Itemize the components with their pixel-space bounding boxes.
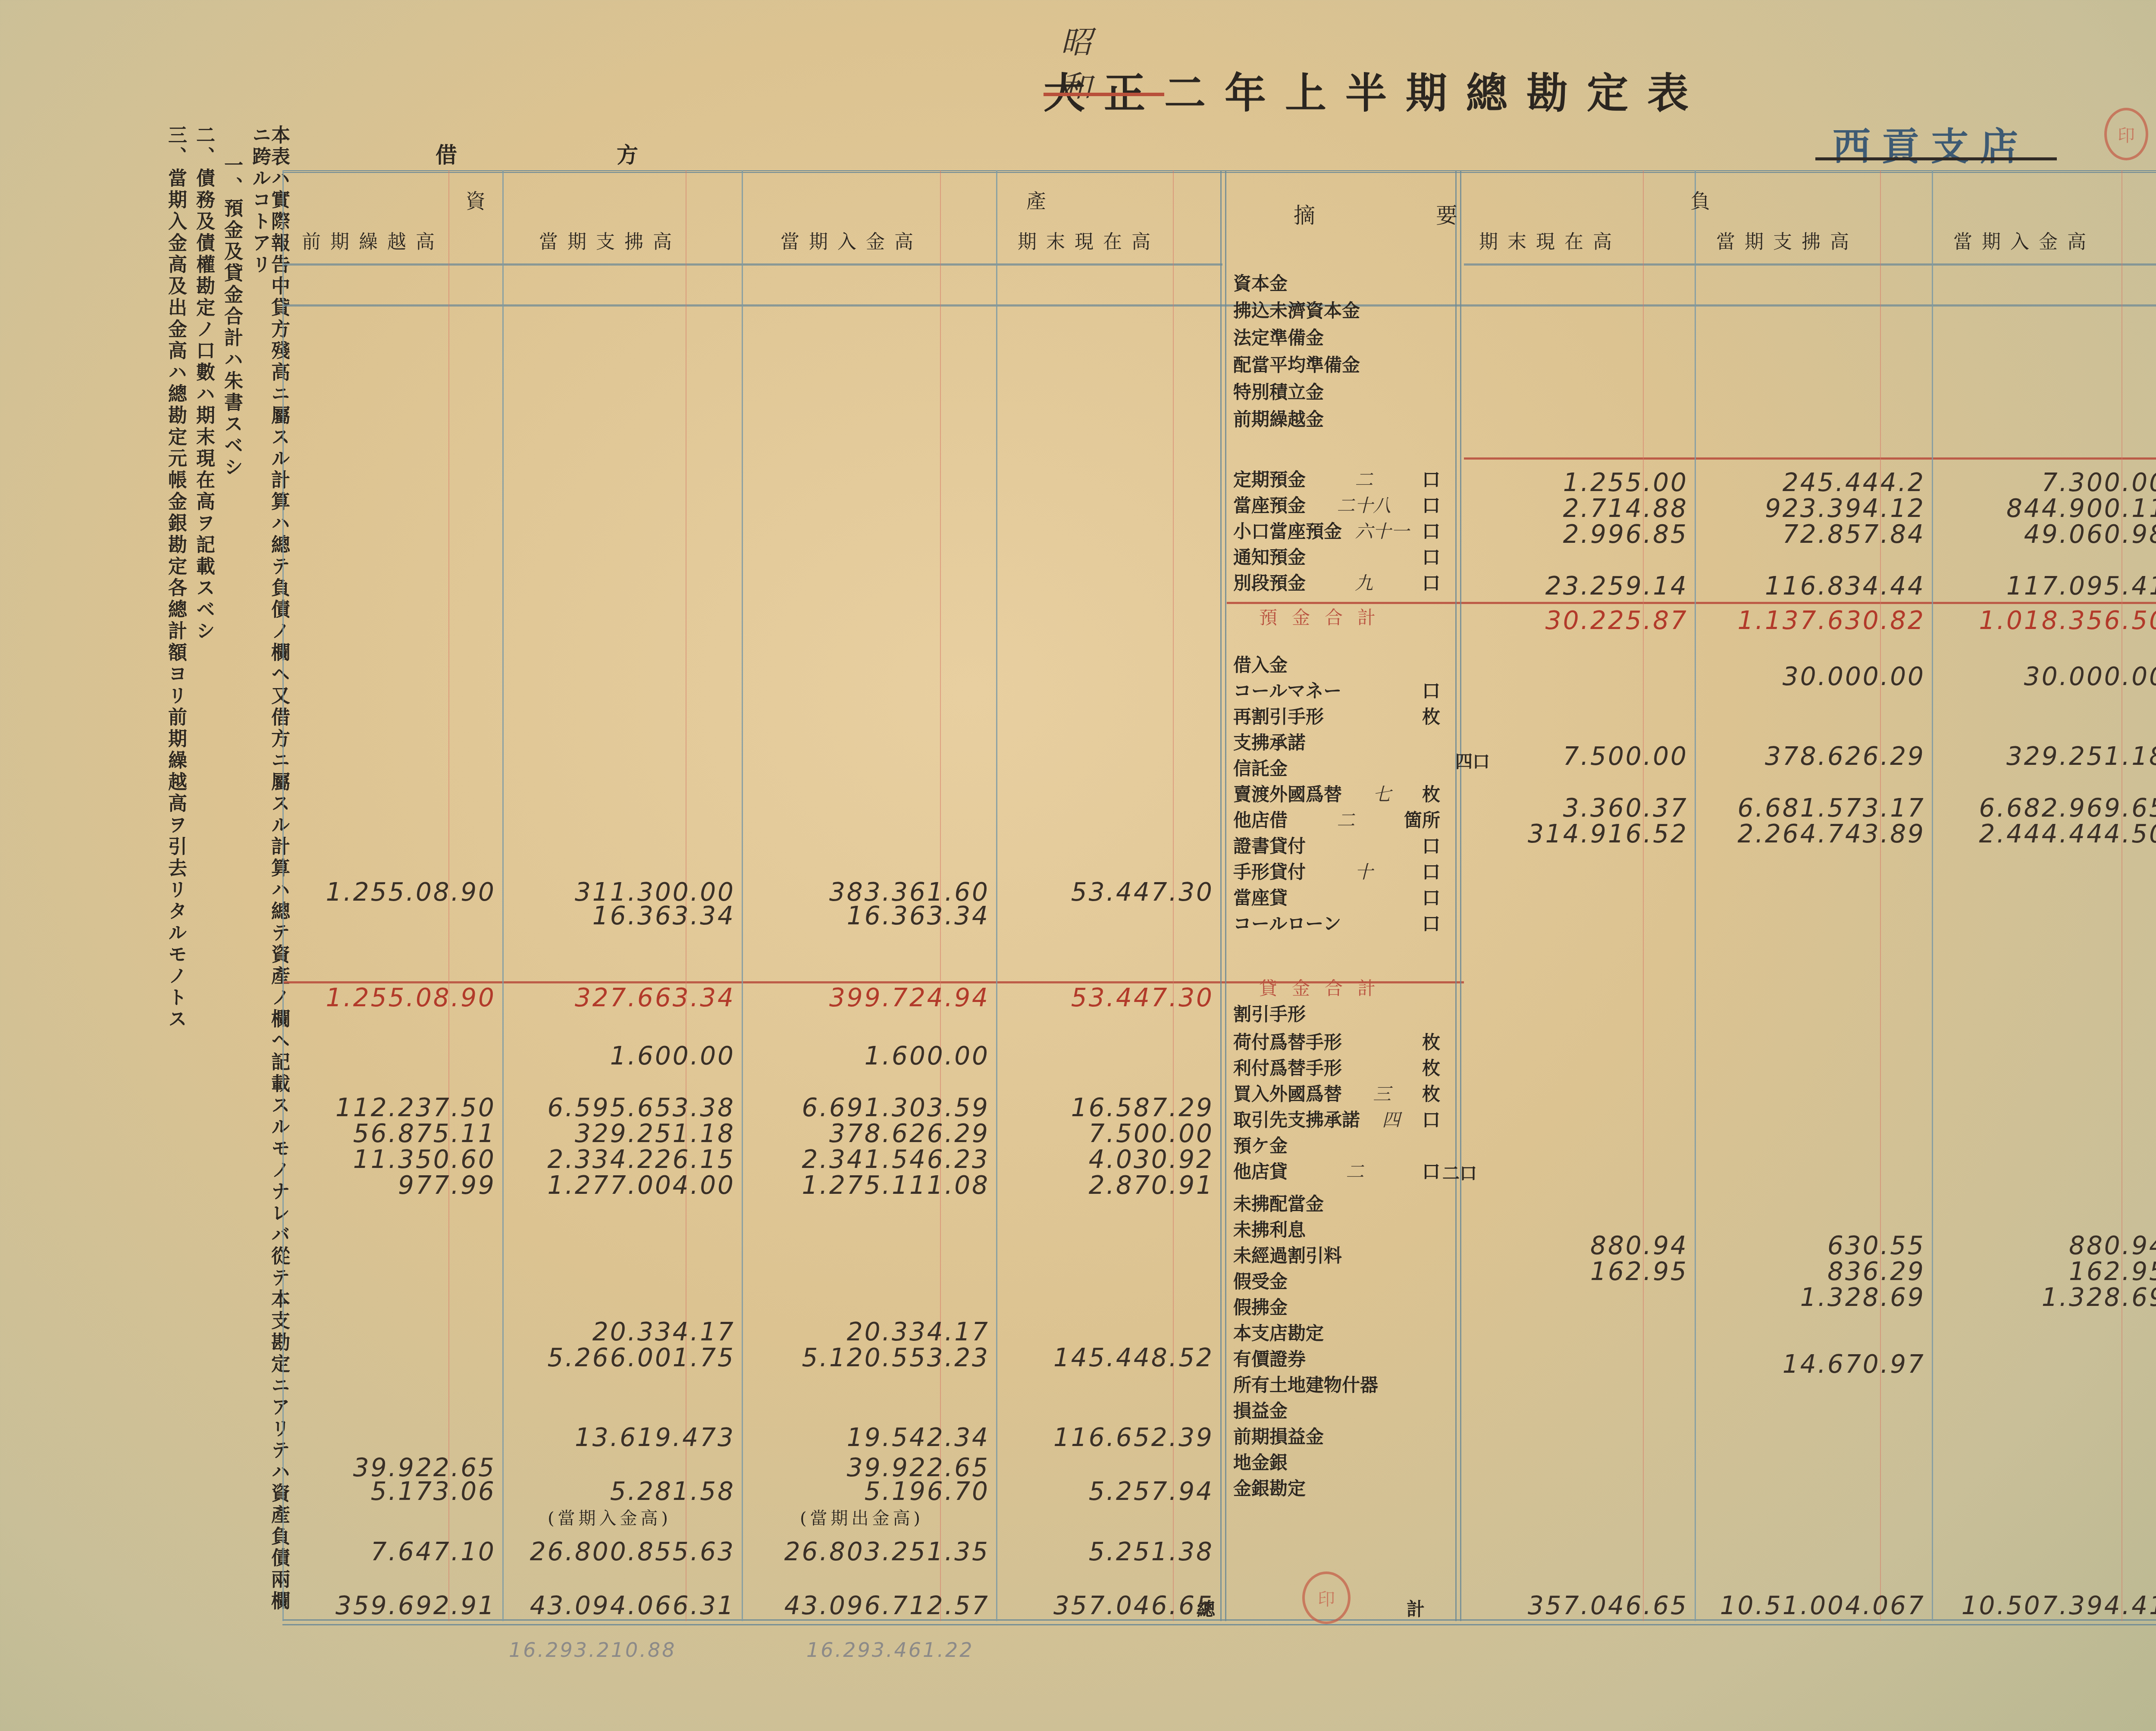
row-unit: 枚 — [1422, 780, 1440, 806]
summary-row: 金銀勘定 — [1233, 1474, 1440, 1500]
summary-row: 手形貸付十口 — [1233, 858, 1440, 884]
summary-row: 借入金 — [1233, 651, 1440, 677]
summary-row: 法定準備金 — [1233, 324, 1440, 350]
row-label: 定期預金 — [1233, 466, 1306, 491]
asset-paid: 26.800.855.63 — [530, 1537, 735, 1566]
liab-end: 7.500.00 — [1563, 742, 1688, 771]
liab-recv: 2.444.444.50 — [1979, 819, 2156, 848]
summary-row: 所有土地建物什器 — [1233, 1371, 1440, 1397]
liab-paid: 836.29 — [1827, 1257, 1925, 1286]
row-label: 借入金 — [1233, 651, 1288, 677]
asset-recv: 19.542.34 — [847, 1423, 990, 1452]
summary-row: 他店貸二口 — [1233, 1158, 1440, 1183]
asset-col-paid: 當期支拂高 — [539, 226, 681, 254]
row-label: 預ケ金 — [1233, 1132, 1288, 1158]
row-label: 當座預金 — [1233, 491, 1306, 517]
liab-recv: 117.095.41 — [2006, 571, 2156, 601]
summary-row: 當座預金二十八口 — [1233, 491, 1440, 517]
summary-row: 定期預金二口 — [1233, 466, 1440, 491]
liab-end: 3.360.37 — [1563, 793, 1688, 823]
row-count: 二 — [1355, 466, 1373, 491]
asset-col-prev: 前期繰越高 — [302, 226, 444, 254]
summary-row: 特別積立金 — [1233, 378, 1440, 404]
liab-recv-total: 1.018.356.50 — [1979, 606, 2156, 635]
asset-col-end: 期末現在高 — [1018, 226, 1160, 254]
row-label: 賣渡外國爲替 — [1233, 780, 1342, 806]
rule — [1932, 170, 1933, 1621]
summary-row: 前期繰越金 — [1233, 405, 1440, 431]
summary-row: 假拂金 — [1233, 1293, 1440, 1319]
asset-end: 4.030.92 — [1089, 1145, 1214, 1174]
liab-paid: 30.000.00 — [1783, 662, 1925, 691]
rule — [1220, 170, 1226, 1621]
rule — [1695, 170, 1696, 1621]
liab-end-total: 30.225.87 — [1545, 606, 1688, 635]
liab-paid: 378.626.29 — [1765, 742, 1925, 771]
liab-end: 23.259.14 — [1545, 571, 1688, 601]
note-2: 二、債務及債權勘定ノ口數ハ期末現在高ヲ記載スベシ — [194, 125, 213, 901]
row-unit: 口 — [1422, 466, 1440, 491]
summary-row: 別段預金九口 — [1233, 569, 1440, 595]
asset-paid: 2.334.226.15 — [548, 1145, 735, 1174]
row-unit: 枚 — [1422, 1028, 1440, 1054]
asset-paid: 6.595.653.38 — [548, 1093, 735, 1122]
row-label: コールマネー — [1233, 677, 1341, 703]
row-label: 所有土地建物什器 — [1233, 1371, 1378, 1397]
liab-recv: 880.94 — [2069, 1231, 2156, 1260]
asset-paid: 1.600.00 — [610, 1041, 735, 1071]
asset-recv: 6.691.303.59 — [802, 1093, 990, 1122]
pencil-note: 16.293.210.88 — [509, 1638, 677, 1662]
row-count: 九 — [1355, 569, 1373, 595]
title-era-struck: 大正 — [1044, 69, 1164, 117]
seal-top-icon: 印 — [2104, 108, 2148, 160]
summary-row: コールローン口 — [1233, 910, 1440, 936]
rule — [282, 304, 2156, 307]
liab-paid: 1.328.69 — [1800, 1283, 1925, 1312]
row-label: 法定準備金 — [1233, 324, 1324, 350]
asset-recv: 16.363.34 — [847, 901, 990, 930]
summary-row: 未拂配當金 — [1233, 1190, 1440, 1216]
row-label: 信託金 — [1233, 754, 1288, 780]
row-unit: 箇所 — [1404, 806, 1440, 832]
summary-row: 有價證券 — [1233, 1345, 1440, 1371]
row-label: 荷付爲替手形 — [1233, 1028, 1342, 1054]
summary-row: 賣渡外國爲替七枚 — [1233, 780, 1440, 806]
rule-red — [2122, 170, 2122, 1621]
row-unit: 口 — [1422, 1158, 1440, 1183]
asset-recv: 2.341.546.23 — [802, 1145, 990, 1174]
liab-end: 1.255.00 — [1563, 468, 1688, 497]
row-unit: 口 — [1422, 1106, 1440, 1132]
row-label: 支拂承諾 — [1233, 729, 1306, 754]
deposit-total-label: 預金合計 — [1259, 604, 1390, 629]
liability-col-received: 當期入金高 — [1953, 226, 2096, 254]
note-1: 一、預金及貸金合計ハ朱書スベシ — [222, 155, 241, 845]
asset-paid: 5.266.001.75 — [548, 1343, 735, 1372]
row-label: 他店借 — [1233, 806, 1288, 832]
summary-row: 預ケ金 — [1233, 1132, 1440, 1158]
asset-paid: 16.363.34 — [592, 901, 735, 930]
row-unit: 口 — [1422, 569, 1440, 595]
liab-end: 162.95 — [1590, 1257, 1688, 1286]
asset-end: 5.251.38 — [1089, 1537, 1214, 1566]
row-unit: 枚 — [1422, 1080, 1440, 1106]
summary-row: コールマネー口 — [1233, 677, 1440, 703]
rule-red — [1643, 170, 1644, 1621]
row-unit: 口 — [1422, 910, 1440, 936]
row-unit: 枚 — [1422, 1054, 1440, 1080]
row-label: 未拂配當金 — [1233, 1190, 1324, 1216]
liab-end: 2.996.85 — [1563, 520, 1688, 549]
note-period-payments: (當期出金高) — [800, 1505, 924, 1529]
row-label: 當座貸 — [1233, 884, 1288, 910]
row-unit: 口 — [1422, 543, 1440, 569]
summary-row: 損益金 — [1233, 1397, 1440, 1423]
row-label: 地金銀 — [1233, 1449, 1288, 1474]
liab-paid: 116.834.44 — [1765, 571, 1925, 601]
asset-prev: 1.255.08.90 — [326, 877, 496, 907]
row-label: 配當平均準備金 — [1233, 351, 1360, 377]
liability-col-paid: 當期支拂高 — [1716, 226, 1858, 254]
summary-row: 拂込未濟資本金 — [1233, 297, 1440, 322]
row-unit: 口 — [1422, 884, 1440, 910]
summary-row: 利付爲替手形枚 — [1233, 1054, 1440, 1080]
row-count: 二 — [1337, 806, 1355, 832]
row-label: 別段預金 — [1233, 569, 1306, 595]
asset-recv: 5.196.70 — [865, 1477, 990, 1506]
note-period-receipts: (當期入金高) — [548, 1505, 671, 1529]
margin-count: 二口 — [1442, 1160, 1477, 1184]
asset-col-received: 當期入金高 — [780, 226, 923, 254]
asset-end: 16.587.29 — [1071, 1093, 1214, 1122]
liab-end-grand-total: 357.046.65 — [1528, 1591, 1688, 1620]
summary-row: 信託金 — [1233, 754, 1440, 780]
liab-recv: 844.900.11 — [2006, 494, 2156, 523]
asset-prev-grand-total: 359.692.91 — [335, 1591, 496, 1620]
asset-recv: 1.600.00 — [865, 1041, 990, 1071]
rule — [742, 170, 743, 1621]
branch-underline — [1815, 157, 2057, 160]
row-unit: 口 — [1422, 517, 1440, 543]
liab-end: 314.916.52 — [1528, 819, 1688, 848]
liab-recv: 6.682.969.65 — [1979, 793, 2156, 823]
asset-recv: 378.626.29 — [829, 1119, 990, 1148]
row-count: 二十八 — [1337, 491, 1391, 517]
summary-row: 配當平均準備金 — [1233, 351, 1440, 377]
asset-end-total: 53.447.30 — [1071, 983, 1214, 1012]
rule — [1455, 170, 1461, 1621]
row-label: コールローン — [1233, 910, 1341, 936]
row-label: 假受金 — [1233, 1268, 1288, 1293]
row-count: 十 — [1355, 858, 1373, 884]
summary-header: 摘 要 — [1294, 198, 1483, 229]
asset-prev-total: 1.255.08.90 — [326, 983, 496, 1012]
summary-row: 未經過割引料 — [1233, 1242, 1440, 1268]
margin-count: 四口 — [1455, 748, 1490, 773]
asset-end: 5.257.94 — [1089, 1477, 1214, 1506]
summary-row: 假受金 — [1233, 1268, 1440, 1293]
asset-prev: 112.237.50 — [335, 1093, 496, 1122]
row-label: 通知預金 — [1233, 543, 1306, 569]
liab-paid: 6.681.573.17 — [1738, 793, 1925, 823]
row-unit: 口 — [1422, 677, 1440, 703]
asset-prev: 11.350.60 — [353, 1145, 496, 1174]
rule — [282, 170, 284, 1621]
asset-end: 116.652.39 — [1053, 1423, 1214, 1452]
row-unit: 枚 — [1422, 703, 1440, 729]
asset-prev: 977.99 — [398, 1171, 496, 1200]
liab-recv: 162.95 — [2069, 1257, 2156, 1286]
liab-paid: 2.264.743.89 — [1738, 819, 1925, 848]
note-3: 三、當期入金高及出金高ハ總勘定元帳金銀勘定各總計額ヨリ前期繰越高ヲ引去リタルモノ… — [166, 125, 185, 1030]
asset-prev: 7.647.10 — [371, 1537, 496, 1566]
row-label: 金銀勘定 — [1233, 1474, 1306, 1500]
seal-bottom-icon: 印 — [1302, 1571, 1351, 1624]
rule-red — [1880, 170, 1881, 1621]
rule — [996, 170, 997, 1621]
liab-paid: 14.670.97 — [1783, 1349, 1925, 1379]
assets-group-label-2: 產 — [1026, 185, 1046, 214]
row-label: 他店貸 — [1233, 1158, 1288, 1183]
row-label: 割引手形 — [1233, 1000, 1306, 1026]
row-label: 未經過割引料 — [1233, 1242, 1342, 1268]
summary-row: 割引手形 — [1233, 1000, 1440, 1026]
assets-group-label-1: 資 — [466, 185, 486, 214]
summary-row: 當座貸口 — [1233, 884, 1440, 910]
asset-paid-grand-total: 43.094.066.31 — [530, 1591, 735, 1620]
row-label: 小口當座預金 — [1233, 517, 1342, 543]
liab-recv: 7.300.00 — [2042, 468, 2156, 497]
asset-recv-grand-total: 43.096.712.57 — [784, 1591, 990, 1620]
summary-row: 支拂承諾 — [1233, 729, 1440, 754]
summary-row: 荷付爲替手形枚 — [1233, 1028, 1440, 1054]
row-label: 有價證券 — [1233, 1345, 1306, 1371]
summary-row: 資本金 — [1233, 269, 1440, 295]
row-count: 七 — [1373, 780, 1391, 806]
asset-end: 7.500.00 — [1089, 1119, 1214, 1148]
summary-row: 本支店勘定 — [1233, 1319, 1440, 1345]
liab-paid: 923.394.12 — [1765, 494, 1925, 523]
liab-end: 2.714.88 — [1563, 494, 1688, 523]
row-label: 手形貸付 — [1233, 858, 1306, 884]
row-label: 買入外國爲替 — [1233, 1080, 1342, 1106]
summary-row: 他店借二箇所 — [1233, 806, 1440, 832]
row-label: 未拂利息 — [1233, 1216, 1306, 1242]
liab-recv: 1.328.69 — [2042, 1283, 2156, 1312]
liab-paid: 72.857.84 — [1783, 520, 1925, 549]
liab-recv: 49.060.98 — [2024, 520, 2156, 549]
rule — [282, 263, 1222, 266]
summary-row: 再割引手形枚 — [1233, 703, 1440, 729]
asset-end-grand-total: 357.046.65 — [1053, 1591, 1214, 1620]
asset-paid: 13.619.473 — [575, 1423, 735, 1452]
liab-paid: 245.444.2 — [1783, 468, 1925, 497]
summary-row: 買入外國爲替三枚 — [1233, 1080, 1440, 1106]
liab-paid: 630.55 — [1827, 1231, 1925, 1260]
row-unit: 口 — [1422, 491, 1440, 517]
summary-row: 小口當座預金六十一口 — [1233, 517, 1440, 543]
ledger-table — [282, 170, 2156, 1624]
row-count: 四 — [1382, 1106, 1400, 1132]
row-label: 拂込未濟資本金 — [1233, 297, 1360, 322]
asset-recv-total: 399.724.94 — [829, 983, 990, 1012]
summary-row: 前期損益金 — [1233, 1423, 1440, 1449]
liab-end: 880.94 — [1590, 1231, 1688, 1260]
pencil-note: 16.293.461.22 — [806, 1638, 974, 1662]
asset-paid: 20.334.17 — [592, 1317, 735, 1346]
title-rest: 二年上半期總勘定表 — [1164, 69, 1708, 117]
asset-recv: 26.803.251.35 — [784, 1537, 990, 1566]
branch-stamp: 西貢支店 — [1833, 116, 2029, 171]
liab-recv: 329.251.18 — [2006, 742, 2156, 771]
row-count: 二 — [1346, 1158, 1364, 1183]
row-label: 前期損益金 — [1233, 1423, 1324, 1449]
summary-row: 未拂利息 — [1233, 1216, 1440, 1242]
liab-paid-total: 1.137.630.82 — [1738, 606, 1925, 635]
row-unit: 口 — [1422, 858, 1440, 884]
asset-paid: 5.281.58 — [610, 1477, 735, 1506]
loan-total-label: 貸金合計 — [1259, 974, 1390, 1000]
rule — [502, 170, 504, 1621]
row-label: 假拂金 — [1233, 1293, 1288, 1319]
asset-prev: 5.173.06 — [371, 1477, 496, 1506]
summary-row: 證書貸付口 — [1233, 832, 1440, 858]
liab-recv-grand-total: 10.507.394.41 — [1962, 1591, 2156, 1620]
row-label: 資本金 — [1233, 269, 1288, 295]
asset-recv: 5.120.553.23 — [802, 1343, 990, 1372]
row-label: 本支店勘定 — [1233, 1319, 1324, 1345]
asset-end: 53.447.30 — [1071, 877, 1214, 907]
asset-paid-total: 327.663.34 — [575, 983, 735, 1012]
asset-end: 145.448.52 — [1053, 1343, 1214, 1372]
row-label: 取引先支拂承諾 — [1233, 1106, 1360, 1132]
liabilities-group-label-1: 負 — [1690, 185, 1710, 214]
summary-row: 通知預金口 — [1233, 543, 1440, 569]
row-label: 利付爲替手形 — [1233, 1054, 1342, 1080]
asset-recv: 1.275.111.08 — [802, 1171, 990, 1200]
liab-recv: 30.000.00 — [2024, 662, 2156, 691]
asset-paid: 1.277.004.00 — [548, 1171, 735, 1200]
liability-col-end: 期末現在高 — [1479, 226, 1621, 254]
row-count: 三 — [1373, 1080, 1391, 1106]
asset-recv: 20.334.17 — [847, 1317, 990, 1346]
rule-red — [1464, 457, 2156, 460]
row-label: 證書貸付 — [1233, 832, 1306, 858]
row-unit: 口 — [1422, 832, 1440, 858]
asset-end: 2.870.91 — [1089, 1171, 1214, 1200]
summary-row: 地金銀 — [1233, 1449, 1440, 1474]
debit-side-label: 借 方 — [436, 138, 707, 169]
row-label: 前期繰越金 — [1233, 405, 1324, 431]
asset-prev: 56.875.11 — [353, 1119, 496, 1148]
row-label: 再割引手形 — [1233, 703, 1324, 729]
rule — [1464, 263, 2156, 266]
row-count: 六十一 — [1355, 517, 1409, 543]
row-label: 損益金 — [1233, 1397, 1288, 1423]
row-label: 特別積立金 — [1233, 378, 1324, 404]
asset-paid: 329.251.18 — [575, 1119, 735, 1148]
liab-paid-grand-total: 10.51.004.067 — [1720, 1591, 1925, 1620]
summary-row: 取引先支拂承諾四口 — [1233, 1106, 1440, 1132]
